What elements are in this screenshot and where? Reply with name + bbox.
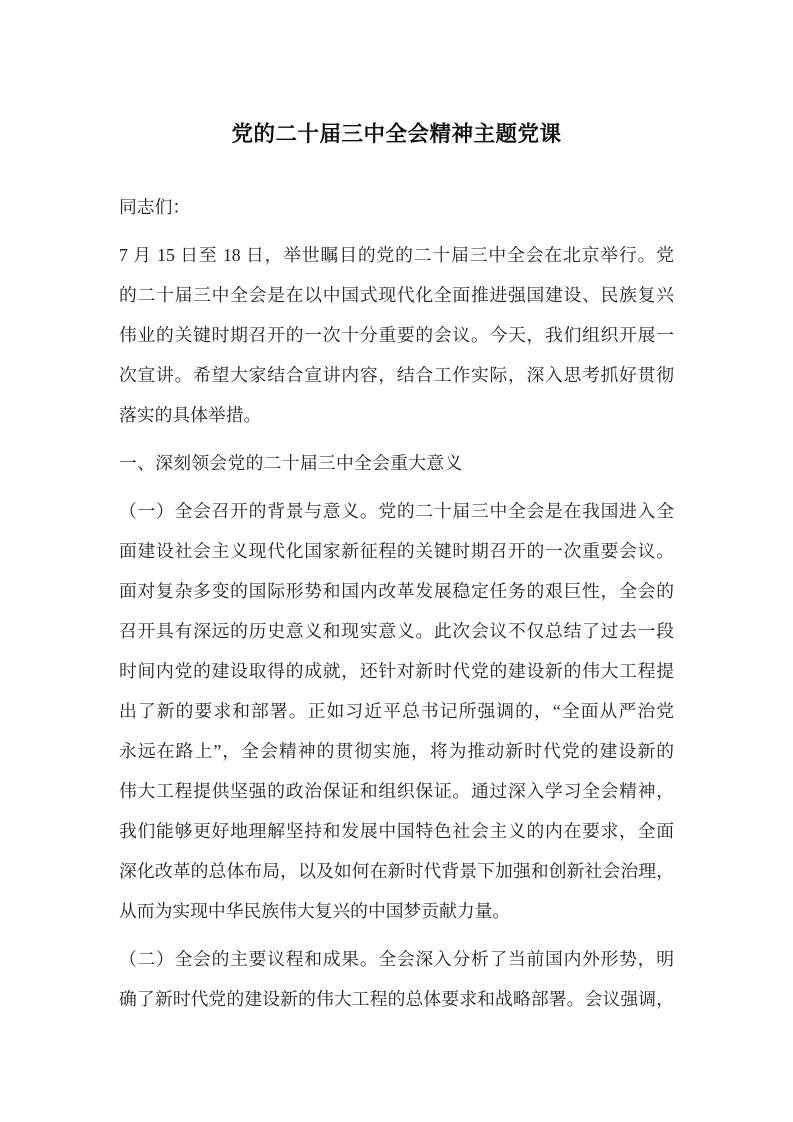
text-line: 面建设社会主义现代化国家新征程的关键时期召开的一次重要会议。: [119, 531, 674, 571]
text-line: 深化改革的总体布局，以及如何在新时代背景下加强和创新社会治理，: [119, 851, 674, 891]
para-section-1-2-truncated: （二）全会的主要议程和成果。全会深入分析了当前国内外形势，明确了新时代党的建设新…: [119, 939, 674, 1019]
text-line: 确了新时代党的建设新的伟大工程的总体要求和战略部署。会议强调，: [119, 979, 674, 1019]
text-line: 落实的具体举措。: [119, 395, 674, 435]
text-line: 永远在路上”，全会精神的贯彻实施，将为推动新时代党的建设新的: [119, 731, 674, 771]
text-line: （二）全会的主要议程和成果。全会深入分析了当前国内外形势，明: [119, 939, 674, 979]
document-title: 党的二十届三中全会精神主题党课: [119, 112, 674, 156]
text-line: 从而为实现中华民族伟大复兴的中国梦贡献力量。: [119, 891, 674, 931]
text-line: 伟大工程提供坚强的政治保证和组织保证。通过深入学习全会精神，: [119, 771, 674, 811]
text-line: 同志们：: [119, 187, 674, 227]
text-line: 面对复杂多变的国际形势和国内改革发展稳定任务的艰巨性，全会的: [119, 571, 674, 611]
heading-section-1: 一、深刻领会党的二十届三中全会重大意义: [119, 443, 674, 483]
document-body: 同志们：7 月 15 日至 18 日，举世瞩目的党的二十届三中全会在北京举行。党…: [119, 187, 674, 1019]
salutation: 同志们：: [119, 187, 674, 227]
text-line: 出了新的要求和部署。正如习近平总书记所强调的，“全面从严治党: [119, 691, 674, 731]
text-line: 次宣讲。希望大家结合宣讲内容，结合工作实际，深入思考抓好贯彻: [119, 355, 674, 395]
document-page: 党的二十届三中全会精神主题党课 同志们：7 月 15 日至 18 日，举世瞩目的…: [0, 0, 793, 1122]
text-line: 召开具有深远的历史意义和现实意义。此次会议不仅总结了过去一段: [119, 611, 674, 651]
section-heading-line: 一、深刻领会党的二十届三中全会重大意义: [119, 443, 674, 483]
para-section-1-1: （一）全会召开的背景与意义。党的二十届三中全会是在我国进入全面建设社会主义现代化…: [119, 491, 674, 931]
text-line: 伟业的关键时期召开的一次十分重要的会议。今天，我们组织开展一: [119, 315, 674, 355]
para-opening: 7 月 15 日至 18 日，举世瞩目的党的二十届三中全会在北京举行。党的二十届…: [119, 235, 674, 435]
text-line: 的二十届三中全会是在以中国式现代化全面推进强国建设、民族复兴: [119, 275, 674, 315]
text-line: 我们能够更好地理解坚持和发展中国特色社会主义的内在要求，全面: [119, 811, 674, 851]
text-line: （一）全会召开的背景与意义。党的二十届三中全会是在我国进入全: [119, 491, 674, 531]
text-line: 时间内党的建设取得的成就，还针对新时代党的建设新的伟大工程提: [119, 651, 674, 691]
text-line: 7 月 15 日至 18 日，举世瞩目的党的二十届三中全会在北京举行。党: [119, 235, 674, 275]
